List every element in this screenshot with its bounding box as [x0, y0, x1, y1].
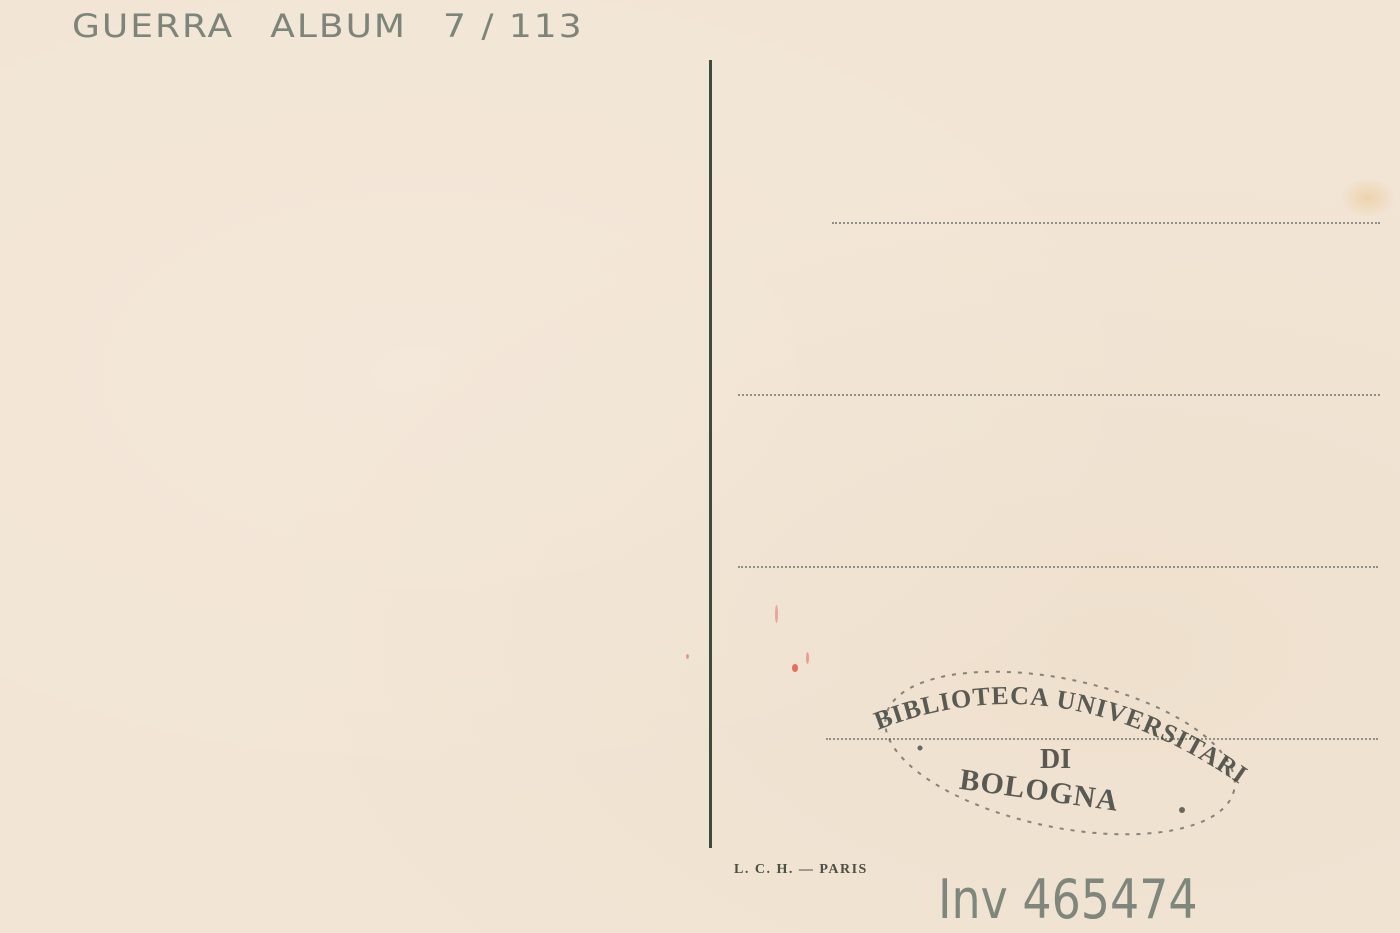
svg-text:BIBLIOTECA UNIVERSITARIA: BIBLIOTECA UNIVERSITARIA [870, 668, 1250, 790]
address-line-3 [738, 566, 1378, 568]
address-line-2 [738, 394, 1380, 396]
library-stamp: BIBLIOTECA UNIVERSITARIA DI BOLOGNA [870, 668, 1250, 838]
paper-stain [1340, 178, 1396, 218]
stamp-line-3: BOLOGNA [958, 763, 1121, 818]
library-stamp-graphic: BIBLIOTECA UNIVERSITARIA DI BOLOGNA [870, 668, 1250, 838]
handwritten-word-album: ALBUM [270, 8, 407, 45]
publisher-imprint: L. C. H. — PARIS [734, 862, 868, 878]
handwritten-word-guerra: GUERRA [72, 8, 234, 45]
red-ink-speck [806, 652, 809, 664]
handwritten-album-number: 7 / 113 [443, 8, 584, 45]
address-line-4 [826, 738, 1378, 740]
center-divider-line [709, 60, 712, 848]
stamp-line-2: DI [1040, 744, 1071, 775]
handwritten-inventory-number: Inv 465474 [938, 868, 1198, 931]
handwritten-album-reference: GUERRAALBUM7 / 113 [72, 8, 584, 45]
red-ink-speck [686, 654, 689, 659]
stamp-line-1: BIBLIOTECA UNIVERSITARIA [870, 668, 1250, 790]
red-ink-speck [792, 664, 798, 672]
red-ink-speck [775, 605, 778, 623]
address-line-1 [832, 222, 1380, 224]
postcard-back: GUERRAALBUM7 / 113 BIBLIOTECA UNIVERSITA… [0, 0, 1400, 933]
